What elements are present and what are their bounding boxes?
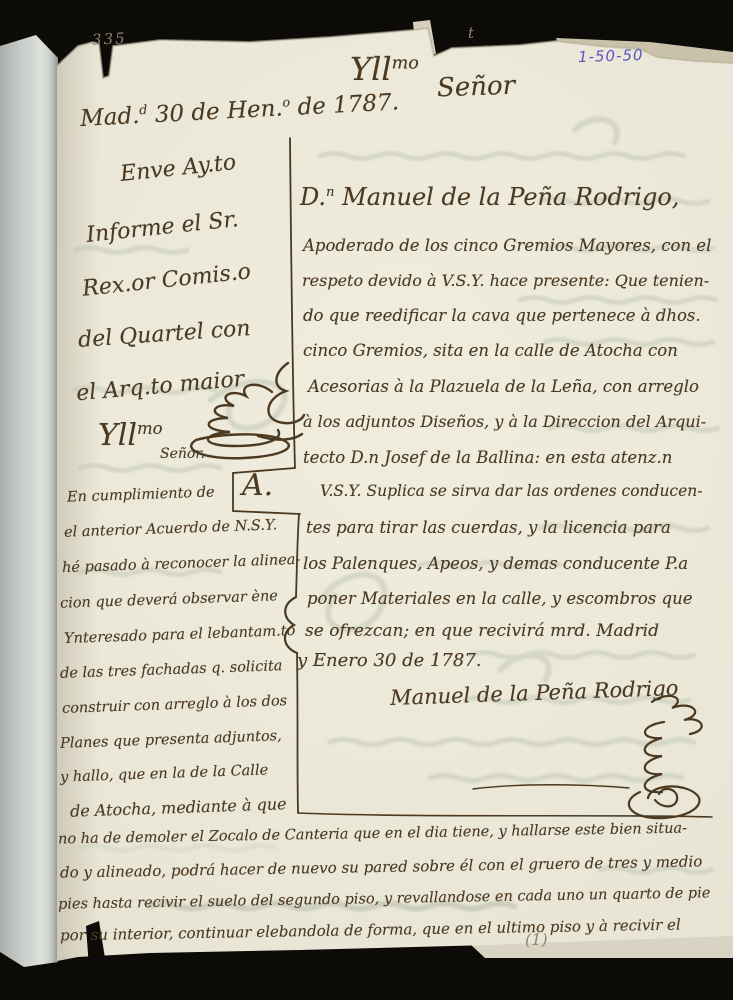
- folio-number: 335: [92, 29, 128, 49]
- margin-salutation-word: Señor.: [160, 446, 205, 462]
- addressee-abbrev: D.: [300, 183, 326, 211]
- column-rule-lower: [297, 653, 298, 813]
- salutation-heading: Yllmo: [350, 50, 419, 88]
- salutation-superscript: mo: [137, 419, 163, 438]
- body-line: respeto devido à V.S.Y. hace presente: Q…: [302, 271, 709, 290]
- addressee-superscript: n: [326, 185, 335, 200]
- salutation-abbrev: Yll: [98, 418, 137, 453]
- page-note-mark: (1): [525, 930, 548, 949]
- paragraph-flourish: [268, 363, 304, 423]
- request-line: poner Materiales en la calle, y escombro…: [307, 589, 692, 608]
- manuscript-photo: 335 t 1-50-50 Yllmo Señor Mad.d 30 de He…: [0, 0, 733, 1000]
- request-line: V.S.Y. Suplica se sirva dar las ordenes …: [320, 482, 703, 500]
- request-line: los Palenques, Apeos, y demas conducente…: [303, 554, 688, 573]
- signature-rubric: [629, 696, 702, 818]
- request-line: tes para tirar las cuerdas, y la licenci…: [306, 518, 671, 537]
- body-line: à los adjuntos Diseños, y à la Direccion…: [303, 412, 706, 431]
- signature-underline: [473, 785, 629, 789]
- margin-salutation: Yllmo: [98, 418, 163, 453]
- dateline-part: Mad.: [80, 103, 141, 132]
- petition-initial: A.: [242, 468, 273, 503]
- salutation-superscript: mo: [392, 53, 419, 73]
- request-line: y Enero 30 de 1787.: [297, 650, 482, 671]
- column-rule-upper: [290, 138, 295, 468]
- body-line: tecto D.n Josef de la Ballina: en esta a…: [303, 448, 672, 467]
- addressee-name: Manuel de la Peña Rodrigo,: [335, 183, 680, 211]
- body-line: do que reedificar la cava que pertenece …: [303, 306, 701, 325]
- addressee-line: D.n Manuel de la Peña Rodrigo,: [300, 183, 679, 211]
- margin-rubric: [191, 385, 302, 459]
- archive-reference: 1-50-50: [578, 46, 644, 66]
- body-line: cinco Gremios, sita en la calle de Atoch…: [303, 341, 678, 360]
- salutation-abbrev: Yll: [350, 50, 392, 88]
- body-line: Acesorias à la Plazuela de la Leña, con …: [308, 377, 699, 396]
- request-line: se ofrezcan; en que recivirá mrd. Madrid: [305, 621, 659, 641]
- salutation-word: Señor: [437, 71, 516, 104]
- footer-separator-rule: [298, 813, 712, 817]
- top-pencil-mark: t: [468, 24, 474, 42]
- body-line: Apoderado de los cinco Gremios Mayores, …: [303, 236, 711, 255]
